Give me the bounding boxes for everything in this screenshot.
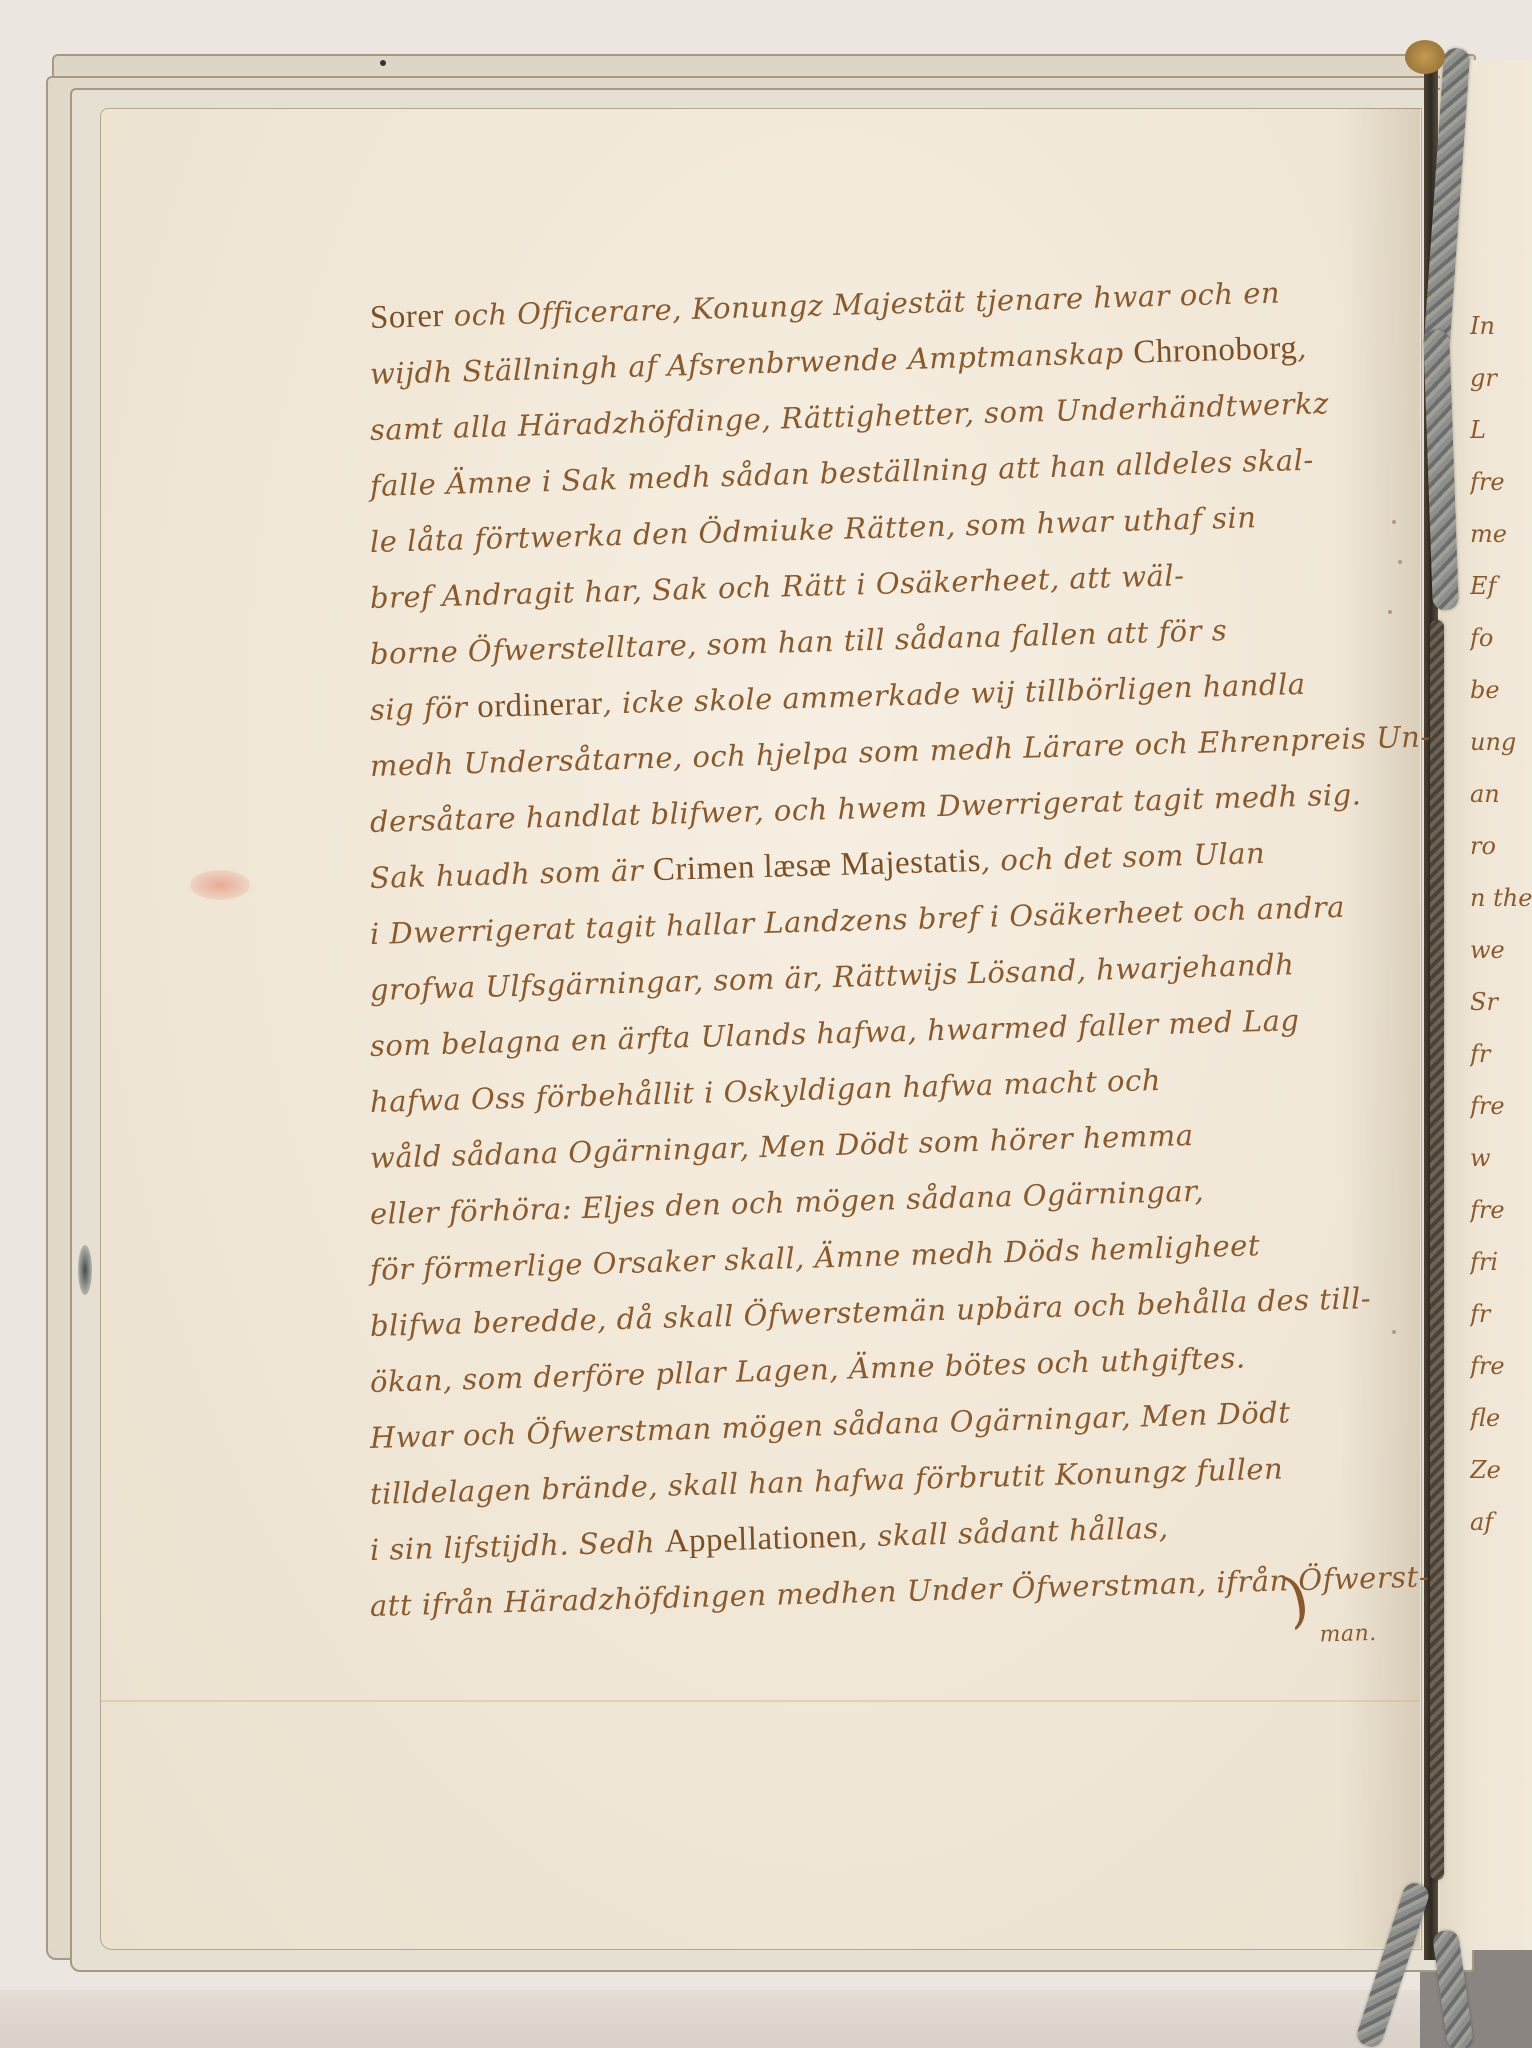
binding-cord xyxy=(1430,620,1444,1880)
facing-page-fragment: fre xyxy=(1470,1080,1532,1132)
manuscript-text-block: Sorer och Officerare, Konungz Majestät t… xyxy=(370,290,1430,1690)
facing-page-fragment: fre xyxy=(1470,1184,1532,1236)
paper-fold-line xyxy=(100,1700,1420,1702)
cursive-text: Sak huadh som är xyxy=(370,853,654,895)
facing-page-fragment: fr xyxy=(1470,1028,1532,1080)
cursive-text: man. xyxy=(1319,1621,1377,1648)
cursive-text: , icke skole ammerkade wij tillbörligen … xyxy=(602,667,1306,721)
facing-page-fragment: fri xyxy=(1470,1236,1532,1288)
facing-page-fragment: ung xyxy=(1470,716,1532,768)
ink-stain xyxy=(78,1245,92,1295)
scan-background-bottom xyxy=(0,1990,1532,2048)
facing-page-fragment: me xyxy=(1470,508,1532,560)
facing-page-fragment: fre xyxy=(1470,1340,1532,1392)
facing-page-fragment: an xyxy=(1470,768,1532,820)
facing-page-fragment: Ef xyxy=(1470,560,1532,612)
cursive-text: i sin lifstijdh. Sedh xyxy=(370,1525,666,1567)
facing-page-fragment: we xyxy=(1470,924,1532,976)
facing-page-fragment: fr xyxy=(1470,1288,1532,1340)
facing-page-fragment: fre xyxy=(1470,456,1532,508)
facing-page-fragment: gr xyxy=(1470,352,1532,404)
red-stain xyxy=(190,870,250,900)
facing-page-fragment: n the xyxy=(1470,872,1532,924)
latin-term: ordinerar xyxy=(477,686,603,725)
latin-term: Chronoborg xyxy=(1133,330,1298,371)
cursive-text: , och det som Ulan xyxy=(980,836,1265,878)
cursive-text: sig för xyxy=(370,690,478,727)
foxing-spot xyxy=(380,60,386,66)
cursive-text: wijdh Ställningh af Afsrenbrwende Amptma… xyxy=(370,336,1134,391)
facing-page-fragment: w xyxy=(1470,1132,1532,1184)
facing-page-fragment: L xyxy=(1470,404,1532,456)
facing-page-fragment: fle xyxy=(1470,1392,1532,1444)
facing-page-fragment: fo xyxy=(1470,612,1532,664)
facing-page-text: IngrLfremeEffobeunganron theweSrfrfrewfr… xyxy=(1470,300,1532,1548)
facing-page-fragment: Sr xyxy=(1470,976,1532,1028)
facing-page-fragment: be xyxy=(1470,664,1532,716)
latin-term: Appellationen xyxy=(664,1518,858,1559)
facing-page-fragment: In xyxy=(1470,300,1532,352)
cursive-text: , xyxy=(1297,331,1308,365)
binding-cord-knot xyxy=(1405,40,1445,74)
cursive-text: , skall sådant hållas, xyxy=(858,1511,1169,1554)
latin-term: Sorer xyxy=(369,298,444,336)
facing-page-fragment: ro xyxy=(1470,820,1532,872)
facing-page-fragment: Ze xyxy=(1470,1444,1532,1496)
facing-page-fragment: af xyxy=(1470,1496,1532,1548)
latin-term: Crimen læsæ Majestatis xyxy=(652,843,981,888)
